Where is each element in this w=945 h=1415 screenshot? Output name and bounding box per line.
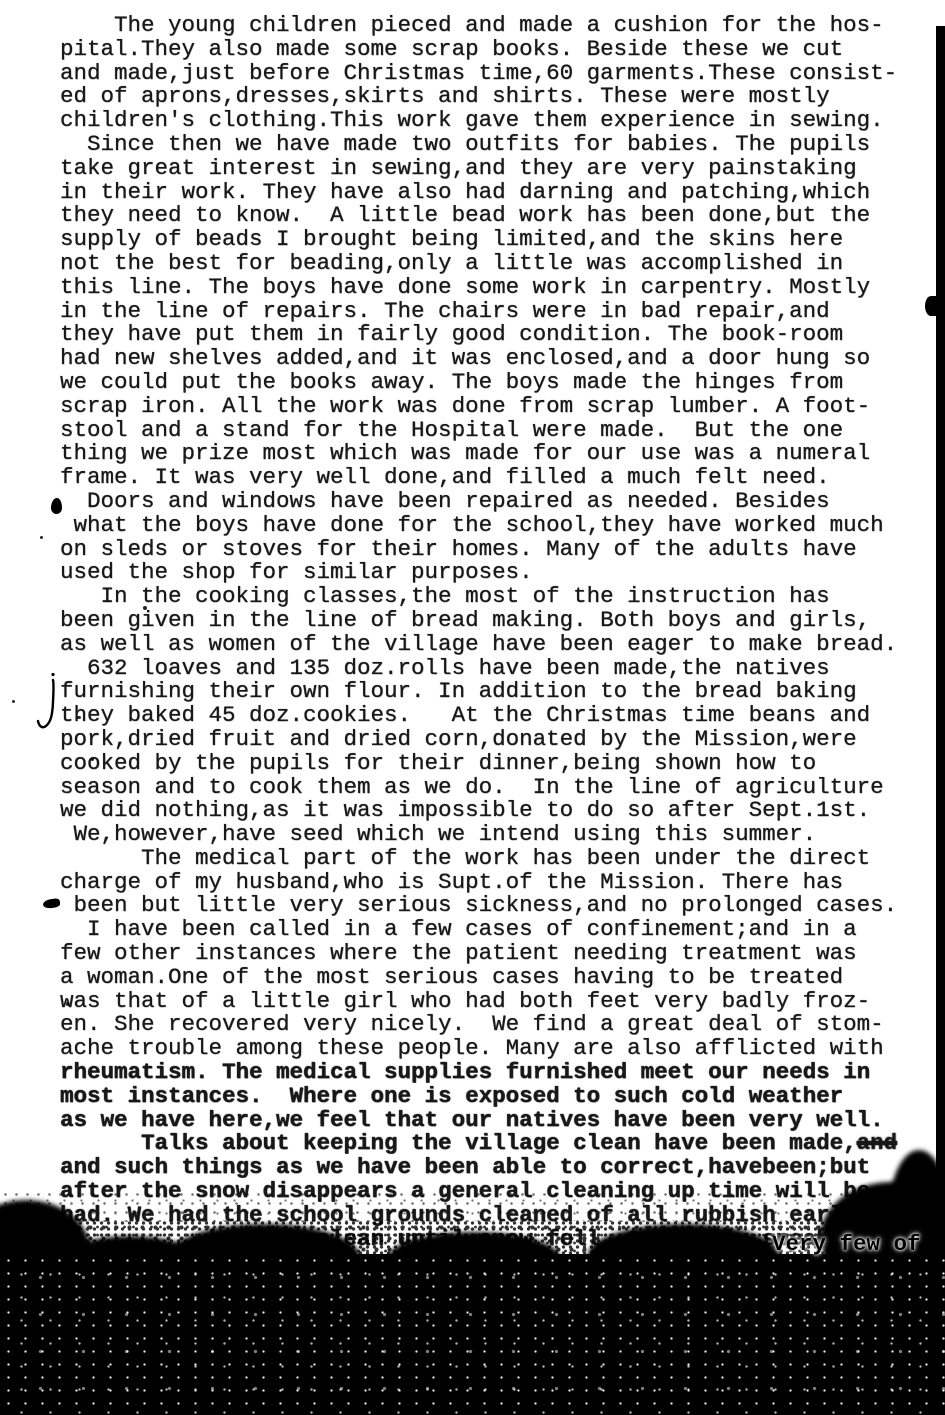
text-line: In the cooking classes,the most of the i… xyxy=(60,585,897,609)
dash-blot-mark xyxy=(43,898,61,909)
scan-edge-band xyxy=(936,26,945,1415)
text-line: we could put the books away. The boys ma… xyxy=(60,371,897,395)
pen-stroke-j-mark xyxy=(36,672,64,739)
text-line: and made,just before Christmas time,60 g… xyxy=(60,62,897,86)
text-line: this line. The boys have done some work … xyxy=(60,276,897,300)
text-line: ache trouble among these people. Many ar… xyxy=(60,1037,897,1061)
text-line: The medical part of the work has been un… xyxy=(60,847,897,871)
text-line: season and to cook them as we do. In the… xyxy=(60,776,897,800)
text-line: in the line of repairs. The chairs were … xyxy=(60,300,897,324)
text-line: pital.They also made some scrap books. B… xyxy=(60,38,897,62)
text-line: we did nothing,as it was impossible to d… xyxy=(60,799,897,823)
typewritten-text: The young children pieced and made a cus… xyxy=(60,14,897,1251)
text-line: as we have here,we feel that our natives… xyxy=(60,1109,897,1133)
text-line: been but little very serious sickness,an… xyxy=(60,894,897,918)
text-line: was that of a little girl who had both f… xyxy=(60,990,897,1014)
text-line: been given in the line of bread making. … xyxy=(60,609,897,633)
paper-speck xyxy=(91,758,94,761)
text-line: few other instances where the patient ne… xyxy=(60,942,897,966)
paper-speck xyxy=(12,700,15,703)
scanned-document-page: The young children pieced and made a cus… xyxy=(0,0,945,1415)
text-line: frame. It was very well done,and filled … xyxy=(60,466,897,490)
paper-speck xyxy=(40,536,43,539)
text-line: charge of my husband,who is Supt.of the … xyxy=(60,871,897,895)
text-line: 632 loaves and 135 doz.rolls have been m… xyxy=(60,657,897,681)
text-line: I have been called in a few cases of con… xyxy=(60,918,897,942)
text-line: stool and a stand for the Hospital were … xyxy=(60,419,897,443)
overstruck-word: and xyxy=(857,1130,898,1156)
text-line: most instances. Where one is exposed to … xyxy=(60,1085,897,1109)
text-line: they need to know. A little bead work ha… xyxy=(60,204,897,228)
text-line: take great interest in sewing,and they a… xyxy=(60,157,897,181)
text-line: Doors and windows have been repaired as … xyxy=(60,490,897,514)
text-line: Since then we have made two outfits for … xyxy=(60,133,897,157)
text-line: cooked by the pupils for their dinner,be… xyxy=(60,752,897,776)
ink-blot-mark xyxy=(51,498,62,514)
text-line: not the best for beading,only a little w… xyxy=(60,252,897,276)
text-line: pork,dried fruit and dried corn,donated … xyxy=(60,728,897,752)
obscured-text-fragment: Very few of xyxy=(772,1231,921,1257)
pen-stroke-j-icon xyxy=(36,672,64,734)
text-line: used the shop for similar purposes. xyxy=(60,561,897,585)
scan-noise-transition xyxy=(0,1190,945,1222)
text-line: they have put them in fairly good condit… xyxy=(60,323,897,347)
text-line: children's clothing.This work gave them … xyxy=(60,109,897,133)
text-line: they baked 45 doz.cookies. At the Christ… xyxy=(60,704,897,728)
text-line: furnishing their own flour. In addition … xyxy=(60,680,897,704)
paper-speck xyxy=(143,606,147,610)
text-line: on sleds or stoves for their homes. Many… xyxy=(60,538,897,562)
scan-edge-bump xyxy=(925,296,937,316)
text-line: The young children pieced and made a cus… xyxy=(60,14,897,38)
text-line: and such things as we have been able to … xyxy=(60,1156,897,1180)
text-line: a woman.One of the most serious cases ha… xyxy=(60,966,897,990)
paper-speck xyxy=(66,1002,69,1006)
text-line: ed of aprons,dresses,skirts and shirts. … xyxy=(60,85,897,109)
text-line: We,however,have seed which we intend usi… xyxy=(60,823,897,847)
text-line: en. She recovered very nicely. We find a… xyxy=(60,1013,897,1037)
text-line: what the boys have done for the school,t… xyxy=(60,514,897,538)
text-line: rheumatism. The medical supplies furnish… xyxy=(60,1061,897,1085)
text-line: supply of beads I brought being limited,… xyxy=(60,228,897,252)
paper-speck xyxy=(77,716,81,719)
text-line: in their work. They have also had darnin… xyxy=(60,181,897,205)
text-line: thing we prize most which was made for o… xyxy=(60,442,897,466)
text-line: scrap iron. All the work was done from s… xyxy=(60,395,897,419)
text-line: as well as women of the village have bee… xyxy=(60,633,897,657)
text-line: had new shelves added,and it was enclose… xyxy=(60,347,897,371)
text-line: Talks about keeping the village clean ha… xyxy=(60,1132,897,1156)
scan-blackout-region xyxy=(0,1254,945,1415)
